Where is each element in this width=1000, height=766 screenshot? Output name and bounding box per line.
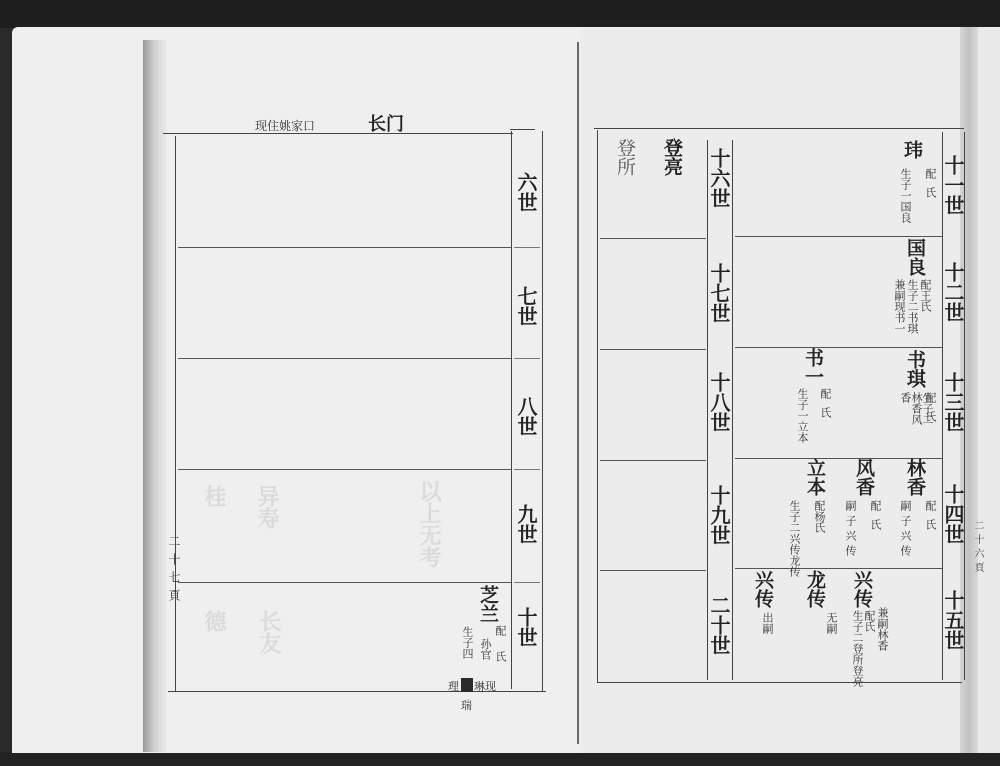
generation-label: 十世 <box>516 607 536 647</box>
spouse-surname: 孙官 <box>480 638 491 660</box>
person-name: 书琪 <box>905 350 924 388</box>
spouse-note: 配氏 <box>925 168 936 206</box>
person-name: 立本 <box>805 458 824 496</box>
scan-border-top <box>0 0 1000 28</box>
residence-note: 现住姚家口 <box>255 117 315 134</box>
gen-divider <box>514 247 540 248</box>
generation-label: 十五世 <box>943 590 963 650</box>
spouse-note: 配杨氏 <box>814 500 825 533</box>
gen-divider <box>514 469 540 470</box>
book-gutter <box>577 42 579 744</box>
row-divider <box>600 570 706 571</box>
person-name: 书一 <box>803 348 822 386</box>
right-bottom-rule <box>597 682 962 683</box>
right-page <box>580 27 975 753</box>
page-number-right: 二十六頁 <box>972 520 982 576</box>
generation-label: 十四世 <box>943 484 963 544</box>
left-header-rule-gen <box>510 129 535 130</box>
gen-divider <box>514 358 540 359</box>
generation-label: 六世 <box>516 172 536 212</box>
bleed-through-text: 德 <box>203 610 225 632</box>
left-header-rule <box>163 133 513 134</box>
children-note: 生子二书琪 <box>907 279 918 334</box>
branch-title: 长门 <box>368 110 404 136</box>
person-name: 林香 <box>905 458 924 496</box>
row-divider <box>600 349 706 350</box>
person-name: 玮 <box>902 140 921 159</box>
scan-border-bottom <box>0 752 1000 766</box>
no-heir-note: 无嗣 <box>826 612 837 634</box>
row-divider <box>178 358 511 359</box>
person-name: 兴传 <box>753 570 772 608</box>
row-divider <box>735 236 942 237</box>
person-name: 芝兰 <box>478 585 497 623</box>
row-divider <box>735 347 942 348</box>
footer-note-left: 理 <box>448 678 459 694</box>
inner-gen-column-right <box>732 140 733 680</box>
children-note: 生子四 <box>462 626 473 659</box>
right-frame-left <box>597 130 598 682</box>
generation-label: 十三世 <box>943 372 963 432</box>
footer-note-right: 琳现 <box>474 678 496 694</box>
generation-label: 八世 <box>516 396 536 436</box>
gen-column-left <box>511 131 512 689</box>
book-binding-edge <box>143 40 167 752</box>
generation-label: 十九世 <box>709 485 729 545</box>
generation-label: 二十世 <box>709 595 729 655</box>
row-divider <box>178 582 511 583</box>
spouse-note: 配 <box>495 625 506 636</box>
generation-label: 九世 <box>516 504 536 544</box>
left-frame-left <box>175 136 176 692</box>
gen-column-right <box>542 131 543 691</box>
generation-label: 十八世 <box>709 372 729 432</box>
adoption-note: 兼嗣林香 <box>877 607 888 651</box>
generation-label: 十二世 <box>943 262 963 322</box>
person-name: 登所 <box>615 138 634 176</box>
row-divider <box>600 238 706 239</box>
generation-label: 十七世 <box>709 263 729 323</box>
row-divider <box>735 568 942 569</box>
spouse-note: 配氏 <box>820 388 831 426</box>
children-note: 生子二兴传龙传 <box>789 500 800 577</box>
children-note: 生子二林香风香 <box>900 392 933 432</box>
footer-note-below: 瑞 <box>461 697 472 713</box>
children-note: 生子一国良 <box>900 168 911 223</box>
generation-label: 七世 <box>516 286 536 326</box>
right-top-rule <box>594 128 964 129</box>
bleed-through-text: 异寿 <box>256 485 278 529</box>
person-name: 兴传 <box>852 570 871 608</box>
gen-divider <box>514 582 540 583</box>
person-name: 龙传 <box>805 570 824 608</box>
page-number-left: 二十七頁 <box>168 535 180 607</box>
row-divider <box>178 247 511 248</box>
generation-label: 十六世 <box>709 148 729 208</box>
bleed-through-text: 桂 <box>203 485 225 507</box>
spouse-note: 配王氏 <box>920 279 931 312</box>
next-page-edge <box>978 27 1000 753</box>
bleed-through-text: 以上无考 <box>418 480 440 568</box>
row-divider <box>178 469 511 470</box>
person-name: 登亮 <box>662 138 681 176</box>
row-divider <box>600 460 706 461</box>
left-page <box>12 27 580 753</box>
adopted-out-note: 出嗣 <box>762 612 773 634</box>
person-name: 风香 <box>854 458 873 496</box>
adoption-note: 嗣子兴传 <box>845 500 856 560</box>
bleed-through-text: 长友 <box>258 610 280 654</box>
spouse-suffix: 氏 <box>495 651 506 662</box>
adoption-note: 嗣子兴传 <box>900 500 911 560</box>
adoption-note: 兼嗣现书一 <box>894 279 905 334</box>
children-note: 生子二登所登亮 <box>852 610 863 687</box>
spouse-note: 配氏 <box>864 610 875 632</box>
generation-label: 十一世 <box>943 155 963 215</box>
spouse-note: 配氏 <box>925 500 936 538</box>
person-name: 国良 <box>905 238 924 276</box>
seal-stamp-icon <box>461 678 473 692</box>
children-note: 生子一立本 <box>797 388 808 443</box>
spouse-note: 配氏 <box>870 500 881 538</box>
